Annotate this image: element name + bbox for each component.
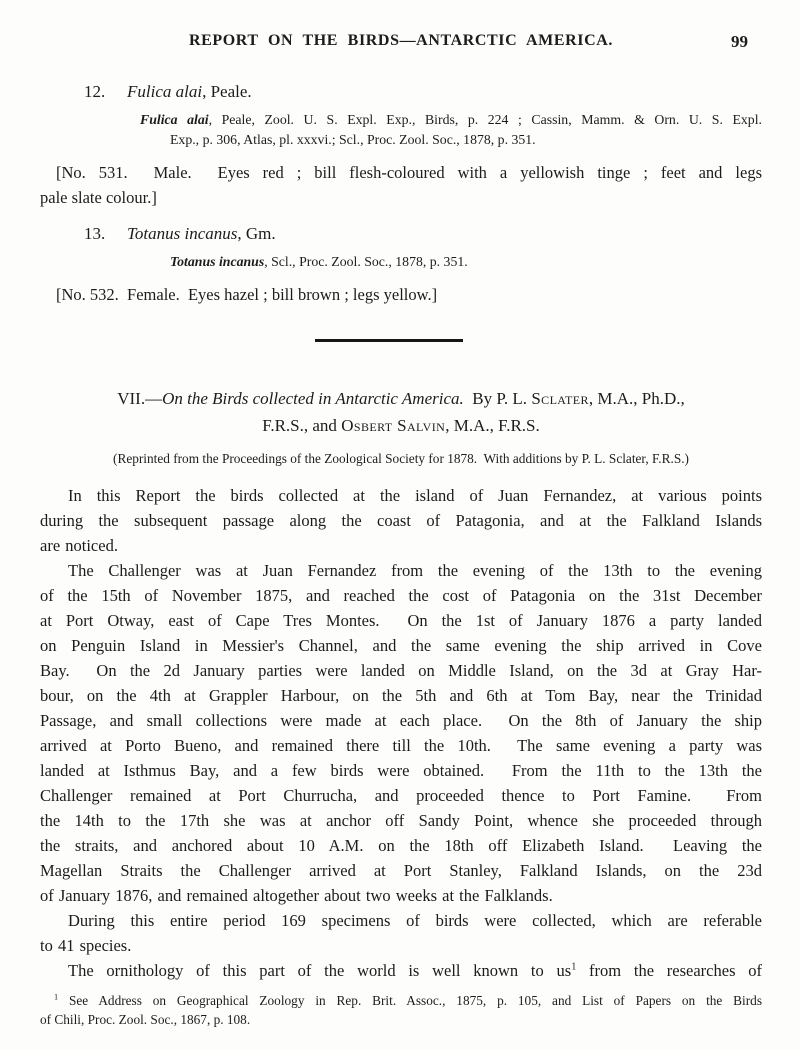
body-line: of the 15th of November 1875, and reache… bbox=[40, 583, 762, 608]
body-line: the 14th to the 17th she was at anchor o… bbox=[40, 808, 762, 833]
article-numeral: VII.— bbox=[117, 389, 162, 408]
body-line: are noticed. bbox=[40, 533, 762, 558]
section-divider-rule bbox=[315, 339, 463, 342]
species-name: Totanus incanus bbox=[127, 224, 237, 243]
running-header: REPORT ON THE BIRDS—ANTARCTIC AMERICA. 9… bbox=[40, 32, 762, 52]
author-degrees: , M.A., Ph.D., bbox=[589, 389, 685, 408]
author-degrees-continued: F.R.S., and bbox=[262, 416, 341, 435]
specimen-note-line: [No. 531. Male. Eyes red ; bill flesh-co… bbox=[40, 160, 762, 185]
author-degrees: , M.A., F.R.S. bbox=[445, 416, 540, 435]
species-heading: 12.Fulica alai, Peale. bbox=[84, 80, 762, 104]
body-line: Challenger remained at Port Churrucha, a… bbox=[40, 783, 762, 808]
body-line: on Penguin Island in Messier's Channel, … bbox=[40, 633, 762, 658]
synonymy-line: Totanus incanus, Scl., Proc. Zool. Soc.,… bbox=[170, 252, 762, 272]
species-entry-12: 12.Fulica alai, Peale. Fulica alai, Peal… bbox=[40, 80, 762, 210]
specimen-note: [No. 532. Female. Eyes hazel ; bill brow… bbox=[40, 282, 762, 307]
body-line: The Challenger was at Juan Fernandez fro… bbox=[40, 558, 762, 583]
article-title: VII.—On the Birds collected in Antarctic… bbox=[40, 385, 762, 439]
footnote-line: 1 See Address on Geographical Zoology in… bbox=[40, 991, 762, 1010]
body-line: Passage, and small collections were made… bbox=[40, 708, 762, 733]
body-line: Magellan Straits the Challenger arrived … bbox=[40, 858, 762, 883]
species-name: Fulica alai bbox=[127, 82, 202, 101]
article-title-line-2: F.R.S., and Osbert Salvin, M.A., F.R.S. bbox=[40, 412, 762, 439]
footnote-line: of Chili, Proc. Zool. Soc., 1867, p. 108… bbox=[40, 1010, 762, 1029]
body-line: arrived at Porto Bueno, and remained the… bbox=[40, 733, 762, 758]
article-title-line-1: VII.—On the Birds collected in Antarctic… bbox=[40, 385, 762, 412]
article-byline: By P. L. bbox=[464, 389, 532, 408]
paragraph-2: The Challenger was at Juan Fernandez fro… bbox=[40, 558, 762, 908]
author-name-salvin: Osbert Salvin bbox=[341, 416, 445, 435]
species-heading: 13.Totanus incanus, Gm. bbox=[84, 222, 762, 246]
body-line: The ornithology of this part of the worl… bbox=[40, 958, 762, 983]
body-line: bour, on the 4th at Grappler Harbour, on… bbox=[40, 683, 762, 708]
body-line: landed at Isthmus Bay, and a few birds w… bbox=[40, 758, 762, 783]
article-title-italic: On the Birds collected in Antarctic Amer… bbox=[162, 389, 464, 408]
author-name-sclater: Sclater bbox=[531, 389, 589, 408]
specimen-note-line: pale slate colour.] bbox=[40, 185, 762, 210]
synonymy-species-name: Totanus incanus bbox=[170, 254, 264, 269]
synonymy-species-name: Fulica alai bbox=[140, 112, 209, 127]
body-line: Bay. On the 2d January parties were land… bbox=[40, 658, 762, 683]
body-line: In this Report the birds collected at th… bbox=[40, 483, 762, 508]
body-line: During this entire period 169 specimens … bbox=[40, 908, 762, 933]
species-authority: , Gm. bbox=[237, 224, 275, 243]
synonymy-line: Fulica alai, Peale, Zool. U. S. Expl. Ex… bbox=[140, 110, 762, 130]
paragraph-1: In this Report the birds collected at th… bbox=[40, 483, 762, 558]
entry-number: 13. bbox=[84, 222, 127, 246]
synonymy-block: Fulica alai, Peale, Zool. U. S. Expl. Ex… bbox=[40, 110, 762, 150]
body-line: of January 1876, and remained altogether… bbox=[40, 883, 762, 908]
body-line: to 41 species. bbox=[40, 933, 762, 958]
specimen-note-line: [No. 532. Female. Eyes hazel ; bill brow… bbox=[40, 282, 762, 307]
footnote: 1 See Address on Geographical Zoology in… bbox=[40, 991, 762, 1029]
page-number: 99 bbox=[731, 32, 748, 52]
body-text: from the researches of bbox=[576, 961, 762, 980]
synonymy-citation: , Peale, Zool. U. S. Expl. Exp., Birds, … bbox=[209, 112, 762, 127]
synonymy-line: Exp., p. 306, Atlas, pl. xxxvi.; Scl., P… bbox=[170, 130, 762, 150]
body-line: during the subsequent passage along the … bbox=[40, 508, 762, 533]
body-line: the straits, and anchored about 10 A.M. … bbox=[40, 833, 762, 858]
footnote-text: See Address on Geographical Zoology in R… bbox=[58, 993, 762, 1008]
paragraph-3: During this entire period 169 specimens … bbox=[40, 908, 762, 958]
article-body: In this Report the birds collected at th… bbox=[40, 483, 762, 983]
running-header-title: REPORT ON THE BIRDS—ANTARCTIC AMERICA. bbox=[40, 32, 762, 50]
specimen-note: [No. 531. Male. Eyes red ; bill flesh-co… bbox=[40, 160, 762, 210]
body-text: The ornithology of this part of the worl… bbox=[68, 961, 571, 980]
body-line: at Port Otway, east of Cape Tres Montes.… bbox=[40, 608, 762, 633]
paragraph-4: The ornithology of this part of the worl… bbox=[40, 958, 762, 983]
entry-number: 12. bbox=[84, 80, 127, 104]
reprint-note: (Reprinted from the Proceedings of the Z… bbox=[40, 449, 762, 468]
species-entry-13: 13.Totanus incanus, Gm. Totanus incanus,… bbox=[40, 222, 762, 307]
scanned-paper-page: REPORT ON THE BIRDS—ANTARCTIC AMERICA. 9… bbox=[0, 0, 800, 1050]
species-authority: , Peale. bbox=[202, 82, 252, 101]
synonymy-block: Totanus incanus, Scl., Proc. Zool. Soc.,… bbox=[40, 252, 762, 272]
synonymy-citation: , Scl., Proc. Zool. Soc., 1878, p. 351. bbox=[264, 254, 468, 269]
